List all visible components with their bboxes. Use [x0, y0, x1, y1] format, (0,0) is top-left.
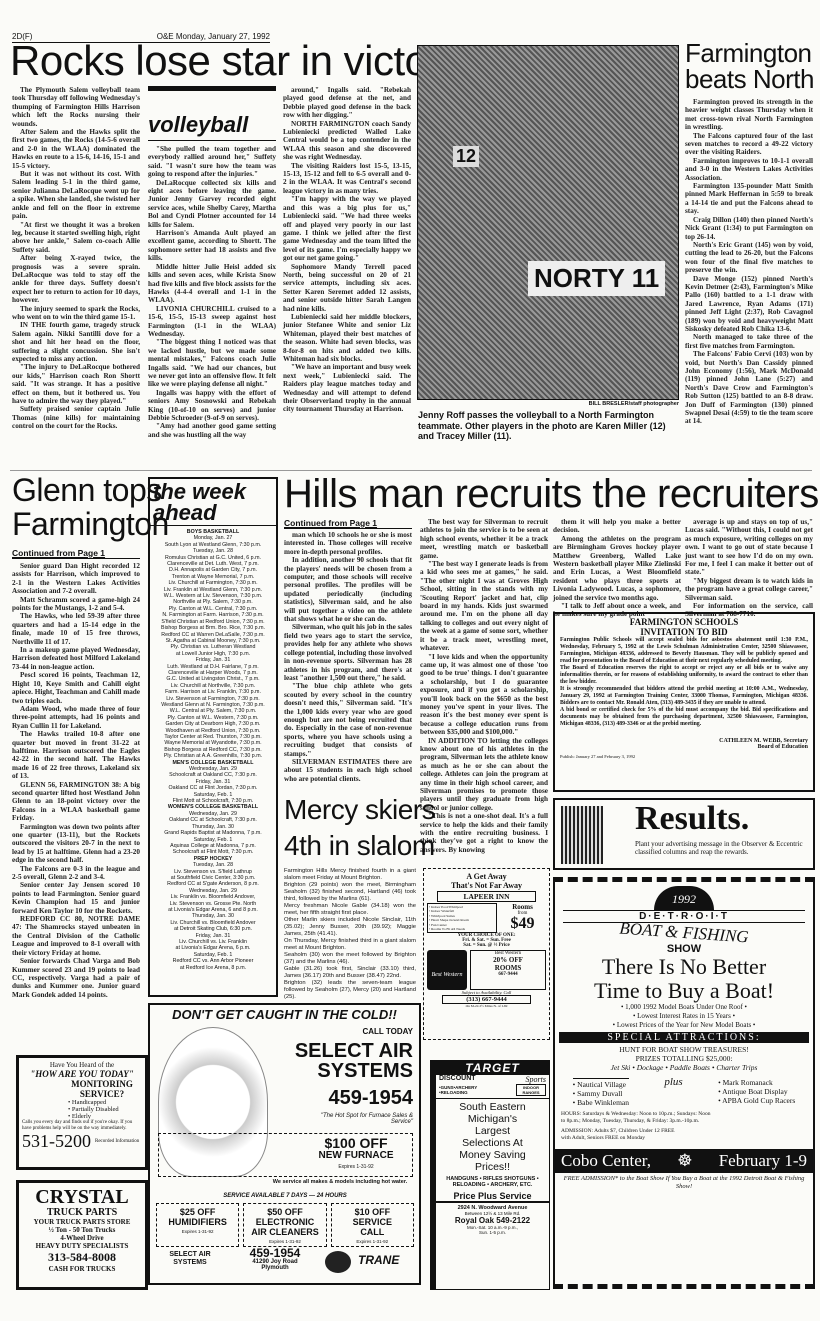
bid-signer-title: Board of Education [560, 744, 808, 750]
paragraph: The Falcons' Fabio Cervi (103) won by vo… [685, 350, 813, 426]
paragraph: North managed to take three of the first… [685, 333, 813, 350]
target-line-6: Prices!! [436, 1161, 549, 1173]
schedule-item: N. Farmington at Farm. Harrison, 7:30 p.… [150, 612, 276, 618]
lapeer-line-1: A Get Away [427, 872, 546, 881]
paragraph: Sophomore Mandy Terrell paced North, bei… [283, 263, 411, 313]
boat-attraction: • APBA Gold Cup Racers [718, 1096, 795, 1105]
schedule-item: Redford CC at Warren DeLaSalle, 7:30 p.m… [150, 632, 276, 638]
target-line-5: Money Saving [436, 1149, 549, 1161]
crystal-line-1: CRYSTAL [19, 1187, 145, 1207]
select-coupon[interactable]: $50 OFFELECTRONICAIR CLEANERSExpires 1-3… [243, 1203, 326, 1247]
crystal-line-2: TRUCK PARTS [19, 1207, 145, 1218]
rocks-column-2: "She pulled the team together and everyb… [148, 145, 276, 439]
lapeer-price: $49 [499, 916, 546, 932]
bw-phone: 667-9444 [471, 972, 545, 977]
coupon-text: ELECTRONIC [244, 1217, 325, 1227]
boat-free-admission: FREE ADMISSION* to the Boat Show If You … [561, 1175, 807, 1191]
paragraph: The injury seemed to spark the Rocks, wh… [12, 305, 140, 322]
lapeer-option-2: Sat. = Sun. @ ½ Price [427, 943, 546, 948]
paragraph: Senior forwards Chad Varga and Bob Kumme… [12, 957, 140, 999]
paragraph: Other Marlin skiers included Nicole Sinc… [284, 917, 416, 938]
paragraph: Craig Dillon (140) then pinned North's N… [685, 216, 813, 241]
select-slogan: "The Hot Spot for Furnace Sales & Servic… [303, 1113, 413, 1125]
farmington-headline-2: beats North [685, 66, 814, 92]
boat-bullet: • Lowest Prices of the Year for New Mode… [555, 1021, 813, 1030]
boat-venue: Cobo Center, [561, 1151, 651, 1171]
glenn-headline-1: Glenn tops [12, 474, 162, 506]
lapeer-features: • Indoor Pool/Whirlpool• Indoor Waterfal… [427, 903, 497, 933]
boat-bullet: • 1,000 1992 Model Boats Under One Roof … [555, 1003, 813, 1012]
select-phone: 459-1954 [328, 1087, 413, 1110]
paragraph: Senior center Jay Jensen scored 10 point… [12, 881, 140, 915]
farmington-story: Farmington proved its strength in the he… [685, 98, 813, 426]
paragraph: average is up and stays on top of us," L… [685, 518, 813, 577]
ship-wheel-icon: ☸ [677, 1151, 692, 1171]
schedule-item: Luth. Westland at D.H. Fairlane, 7 p.m. [150, 664, 276, 670]
paragraph: Seaholm (30) won the meet followed by Br… [284, 952, 416, 966]
paragraph: "At first we thought it was a broken leg… [12, 221, 140, 255]
monitoring-ad: Have You Heard of the "HOW ARE YOU TODAY… [16, 1055, 148, 1170]
boat-attraction: • Nautical Village [573, 1080, 629, 1089]
week-title-1: the week [153, 481, 273, 502]
schedule-item: Ply. Christian at A.A. Greenhills, 7:30 … [150, 753, 276, 759]
paragraph: "The biggest thing I noticed was that we… [148, 338, 276, 388]
boat-plus: plus [664, 1078, 682, 1107]
paragraph: Middle hitter Julie Heisl added six kill… [148, 263, 276, 305]
crystal-phone: 313-584-8008 [19, 1250, 145, 1265]
paragraph: Farmington was down two points after one… [12, 823, 140, 865]
paragraph: Farmington proved its strength in the he… [685, 98, 813, 132]
paragraph: "I love kids and when the opportunity ca… [420, 653, 548, 737]
select-coupon[interactable]: $10 OFFSERVICECALLExpires 1-31-92 [331, 1203, 414, 1247]
select-name-1: SELECT AIR [295, 1041, 413, 1061]
section-divider [10, 470, 812, 471]
target-items: •GUNS•ARCHERY •RELOADING [439, 1085, 494, 1095]
paragraph: "She pulled the team together and everyb… [148, 145, 276, 179]
rocks-column-1: The Plymouth Salem volleyball team took … [12, 86, 140, 431]
coupon-main: $100 OFF [306, 1136, 406, 1150]
paragraph: Brighton (32) leads the seven-team leagu… [284, 980, 416, 1001]
results-title: Results. [635, 800, 749, 838]
paragraph: Farmington Public Schools will accept se… [560, 637, 808, 665]
select-availability: SERVICE AVAILABLE 7 DAYS — 24 HOURS [160, 1193, 410, 1199]
paragraph: The Falcons are 0-3 in the league and 2-… [12, 865, 140, 882]
bw-offer-3: ROOMS [471, 964, 545, 972]
lapeer-directions: On M-24 2½ Miles N. of I-69 [427, 1004, 546, 1008]
target-line-4: Selections At [436, 1137, 549, 1149]
hills-column-4: average is up and stays on top of us," L… [685, 518, 813, 619]
boat-hunt: HUNT FOR BOAT SHOW TREASURES! [555, 1045, 813, 1054]
coupon-text: $25 OFF [157, 1207, 238, 1217]
coupon-main-2: NEW FURNACE [306, 1150, 406, 1161]
hills-column-1: man which 10 schools he or she is most i… [284, 531, 412, 783]
boat-attraction: • Antique Boat Display [718, 1087, 795, 1096]
week-ahead-box: the week ahead BOYS BASKETBALLMonday, Ja… [148, 477, 278, 997]
schedule-item: at Redford Ice Arena, 8 p.m. [150, 965, 276, 971]
boat-special: SPECIAL ATTRACTIONS: [559, 1032, 809, 1043]
target-line-3: Largest [436, 1125, 549, 1137]
schedule-heading: WOMEN'S COLLEGE BASKETBALL [150, 804, 276, 810]
paragraph: In a makeup game played Wednesday, Harri… [12, 646, 140, 671]
week-title-2: ahead [153, 502, 273, 523]
boat-admission: ADMISSION: Adults $7, Children Under 12 … [561, 1128, 681, 1141]
target-phone: 549-2122 [496, 1216, 530, 1225]
bw-offer-2: 20% OFF [471, 956, 545, 964]
volleyball-photo: NORTY 11 12 [417, 45, 679, 400]
hills-column-2: The best way for Silverman to recruit at… [420, 518, 548, 854]
paragraph: "The blue chip athlete who gets scouted … [284, 682, 412, 758]
photo-credit: BILL BRESLER/staff photographer [417, 401, 679, 407]
paragraph: It is strongly recommended that bidders … [560, 686, 808, 707]
target-ranges: INDOOR RANGES [516, 1084, 546, 1096]
coupon-expires: Expires 1-31-92 [306, 1164, 406, 1170]
boat-attraction: • Babe Winkleman [573, 1098, 629, 1107]
photo-caption: Jenny Roff passes the volleyball to a No… [418, 410, 680, 442]
paragraph: The Plymouth Salem volleyball team took … [12, 86, 140, 128]
boat-attraction: • Sammy Duvall [573, 1089, 629, 1098]
target-brand: TARGET [436, 1061, 549, 1075]
paragraph: The Hawks trailed 10-8 after one quarter… [12, 730, 140, 780]
paragraph: Gable (31.26) took first, Sinclair (33.1… [284, 966, 416, 980]
monitor-body: Calls you every day and finds out if you… [22, 1120, 142, 1131]
lapeer-line-2: That's Not Far Away [427, 881, 546, 890]
bid-title-1: FARMINGTON SCHOOLS [560, 617, 808, 627]
paragraph: After Salem and the Hawks split the firs… [12, 128, 140, 170]
schedule-item: Liv. Churchill at Farmington, 7:30 p.m. [150, 580, 276, 586]
paragraph: Adam Wood, who made three of four three-… [12, 705, 140, 730]
coupon-text: CALL [332, 1227, 413, 1237]
select-footer-phone: 459-1954 [240, 1247, 310, 1259]
best-western-logo: Best Western [427, 950, 467, 990]
paragraph: Harrison's Amanda Ault played an excelle… [148, 229, 276, 263]
hills-headline: Hills man recruits the recruiters [284, 474, 819, 514]
kicker-rule [148, 86, 276, 91]
paragraph: After being X-rayed twice, the prognosis… [12, 254, 140, 304]
coupon-text: $10 OFF [332, 1207, 413, 1217]
paragraph: Dave Monge (152) pinned North's Kevin De… [685, 275, 813, 334]
lapeer-feature: • Rooms To Fit All Needs [429, 927, 495, 931]
boat-headline-2: Time to Buy a Boat! [555, 979, 813, 1003]
schedule-item: Grand Rapids Baptist at Madonna, 7 p.m. [150, 830, 276, 836]
monitor-bullet: • Handicapped [68, 1099, 142, 1106]
select-service: We service all makes & models including … [270, 1179, 410, 1185]
boat-year: 1992 [654, 886, 714, 910]
coupon-text: $50 OFF [244, 1207, 325, 1217]
crystal-truck-ad: CRYSTAL TRUCK PARTS YOUR TRUCK PARTS STO… [16, 1180, 148, 1290]
coupon-text: HUMIDIFIERS [157, 1217, 238, 1227]
schedule-item: Oakland CC at Flint Jordan, 7:30 p.m. [150, 785, 276, 791]
glenn-story: Senior guard Dan Hight recorded 12 assis… [12, 562, 140, 999]
target-line-1: South Eastern [436, 1101, 549, 1113]
monitor-line-1: Have You Heard of the [22, 1061, 142, 1069]
target-sports-ad: TARGET DISCOUNTSports •GUNS•ARCHERY •REL… [430, 1060, 550, 1290]
results-text: Plant your advertising message in the Ob… [635, 840, 811, 856]
boat-bullet: • Lowest Interest Rates in 15 Years • [555, 1012, 813, 1021]
paragraph: Mercy freshman Nicole Gable (34.18) won … [284, 903, 416, 917]
paragraph: The Board of Education reserves the righ… [560, 665, 808, 686]
jersey-number: NORTY 11 [528, 261, 665, 296]
paragraph: man which 10 schools he or she is most i… [284, 531, 412, 556]
paragraph: The best way for Silverman to recruit at… [420, 518, 548, 560]
monitor-line-3: MONITORING [22, 1079, 142, 1089]
select-footer-name: SELECT AIR SYSTEMS [160, 1251, 220, 1267]
paragraph: "This is not a one-shot deal. It's a ful… [420, 812, 548, 854]
schedule-item: Bishop Borgess at Brm. Bro. Rice, 7:30 p… [150, 625, 276, 631]
lapeer-name: LAPEER INN [437, 891, 536, 902]
paragraph: REDFORD CC 80, NOTRE DAME 47: The Shamro… [12, 915, 140, 957]
boat-attraction: • Mark Romanack [718, 1078, 795, 1087]
results-ad: Results. Plant your advertising message … [553, 798, 815, 870]
furnace-coupon[interactable]: $100 OFF NEW FURNACE Expires 1-31-92 [158, 1133, 413, 1177]
monitor-line-2: "HOW ARE YOU TODAY" [22, 1069, 142, 1079]
paragraph: SILVERMAN ESTIMATES there are about 15 s… [284, 758, 412, 783]
target-guns: HANDGUNS • RIFLES SHOTGUNS • RELOADING •… [440, 1176, 545, 1188]
target-hours-2: Sun. 1-5 p.m. [436, 1230, 549, 1235]
paragraph: Lubieniecki said her middle blockers, ju… [283, 313, 411, 363]
paragraph: But it was not without its cost. With Sa… [12, 170, 140, 220]
paragraph: DeLaRocque collected six kills and eight… [148, 179, 276, 229]
crystal-line-6: HEAVY DUTY SPECIALISTS [19, 1242, 145, 1250]
paragraph: NORTH FARMINGTON coach Sandy Lubieniecki… [283, 120, 411, 162]
paragraph: Brighton (29 points) won the meet, Birmi… [284, 882, 416, 903]
plant-icon [561, 806, 603, 864]
glenn-headline-2: Farmington [12, 508, 169, 540]
target-discount: DISCOUNT [439, 1075, 476, 1084]
select-top: DON'T GET CAUGHT IN THE COLD!! [150, 1007, 419, 1022]
coupon-expires: Expires 1-31-92 [157, 1227, 238, 1237]
schedule-list: BOYS BASKETBALLMonday, Jan. 27South Lyon… [150, 526, 276, 971]
coupon-expires: Expires 1-31-92 [332, 1237, 413, 1247]
paragraph: Matt Schramm scored a game-high 24 point… [12, 596, 140, 613]
kicker-volleyball: volleyball [148, 112, 276, 141]
paragraph: Farmington improves to 10-1-1 overall an… [685, 157, 813, 182]
select-air-ad: DON'T GET CAUGHT IN THE COLD!! CALL TODA… [148, 1003, 421, 1285]
target-service: Price Plus Service [436, 1191, 549, 1203]
paragraph: "The best way I generate leads is from a… [420, 560, 548, 652]
paragraph: Silverman, who quit his job in the sales… [284, 623, 412, 682]
continued-label: Continued from Page 1 [12, 548, 140, 559]
boat-prize-list: Jet Ski • Dockage • Paddle Boats • Chart… [555, 1063, 813, 1072]
paragraph: The Falcons captured four of the last se… [685, 132, 813, 157]
lapeer-inn-ad: A Get Away That's Not Far Away LAPEER IN… [423, 868, 550, 1040]
monitor-line-4: SERVICE? [22, 1089, 142, 1099]
paragraph: Senior guard Dan Hight recorded 12 assis… [12, 562, 140, 596]
monitor-tag: Recorded Information [95, 1139, 139, 1144]
paragraph: In addition, another 90 schools that fit… [284, 556, 412, 623]
boat-headline-1: There Is No Better [555, 955, 813, 979]
boat-show-ad: 1992 D·E·T·R·O·I·T BOAT & FISHING SHOW T… [553, 877, 815, 1289]
paragraph: "I'm happy with the way we played and th… [283, 195, 411, 262]
paragraph: IN THE fourth game, tragedy struck Salem… [12, 321, 140, 363]
coupon-text: AIR CLEANERS [244, 1227, 325, 1237]
target-line-2: Michigan's [436, 1113, 549, 1125]
bid-notice: FARMINGTON SCHOOLS INVITATION TO BID Far… [553, 612, 815, 792]
bid-title-2: INVITATION TO BID [560, 627, 808, 637]
boat-prizes: PRIZES TOTALLING $25,000: [555, 1054, 813, 1063]
mercy-headline-1: Mercy skiers [284, 796, 435, 824]
paragraph: "The injury to DeLaRocque bothered our k… [12, 363, 140, 405]
paragraph: Pescl scored 16 points, Teachman 12, Hig… [12, 671, 140, 705]
schedule-item: G.C. United at Livingston Christ., 7 p.m… [150, 676, 276, 682]
select-coupons: $25 OFFHUMIDIFIERSExpires 1-31-92$50 OFF… [156, 1203, 414, 1247]
select-name-2: SYSTEMS [295, 1061, 413, 1081]
paragraph: around," Ingalls said. "Rebekah played g… [283, 86, 411, 120]
target-sports: Sports [526, 1075, 546, 1084]
bid-publish: Publish: January 27 and February 3, 1992 [560, 754, 808, 759]
paragraph: North's Eric Grant (145) won by void, cu… [685, 241, 813, 275]
target-city: Royal Oak [455, 1216, 494, 1225]
rocks-headline: Rocks lose star in victory [10, 40, 461, 82]
schedule-item: Wayne Memorial at Wyandotte, 7:30 p.m. [150, 740, 276, 746]
paragraph: "My biggest dream is to watch kids in th… [685, 577, 813, 602]
mercy-headline-2: 4th in slalom [284, 832, 435, 860]
paragraph: LIVONIA CHURCHILL cruised to a 15-6, 15-… [148, 305, 276, 339]
mercy-story: Farmington Hills Mercy finished fourth i… [284, 868, 416, 1001]
lapeer-phone: (313) 667-9444 [442, 995, 531, 1004]
rocks-column-3: around," Ingalls said. "Rebekah played g… [283, 86, 411, 414]
paragraph: The Hawks, who led 59-39 after three qua… [12, 612, 140, 646]
trane-brand: TRANE [358, 1253, 399, 1267]
paragraph: "Amy had another good game setting and s… [148, 422, 276, 439]
schedule-item: Farm. Harrison at Liv. Franklin, 7:30 p.… [150, 689, 276, 695]
paragraph: them it will help you make a better deci… [553, 518, 681, 535]
select-coupon[interactable]: $25 OFFHUMIDIFIERSExpires 1-31-92 [156, 1203, 239, 1247]
paragraph: Farmington 135-pounder Matt Smith pinned… [685, 182, 813, 216]
paragraph: "We have an important and busy week next… [283, 363, 411, 413]
crystal-line-5: 4-Wheel Drive [19, 1234, 145, 1242]
paragraph: IN ADDITION TO letting the colleges know… [420, 737, 548, 813]
monitor-phone: 531-5200 [22, 1131, 91, 1152]
select-call: CALL TODAY [362, 1027, 413, 1036]
paragraph: Ingalls was happy with the effort of sen… [148, 389, 276, 423]
select-city: Plymouth [240, 1265, 310, 1271]
coupon-text: SERVICE [332, 1217, 413, 1227]
paragraph: Farmington Hills Mercy finished fourth i… [284, 868, 416, 882]
schedule-item: Garden City at Dearborn High, 7:30 p.m. [150, 721, 276, 727]
monitor-bullet: • Elderly [68, 1113, 142, 1120]
trane-logo-icon [325, 1251, 351, 1273]
crystal-line-3: YOUR TRUCK PARTS STORE [19, 1218, 145, 1226]
lapeer-rooms: Rooms [499, 903, 546, 911]
paragraph: Suffety praised senior captain Julie Tho… [12, 405, 140, 430]
jersey-number-12: 12 [453, 146, 479, 167]
paragraph: GLENN 56, FARMINGTON 38: A big second qu… [12, 781, 140, 823]
crystal-line-7: CASH FOR TRUCKS [19, 1265, 145, 1273]
boat-dates: February 1-9 [719, 1151, 807, 1171]
crystal-line-4: ½ Ton - 50 Ton Trucks [19, 1226, 145, 1234]
boat-hours: HOURS: Saturdays & Wednesday: Noon to 10… [561, 1111, 711, 1124]
paragraph: A bid bond or certified check for 5% of … [560, 707, 808, 728]
monitor-bullet: • Partially Disabled [68, 1106, 142, 1113]
paragraph: Among the athletes on the program are Bi… [553, 535, 681, 602]
paragraph: On Thursday, Mercy finished third in a g… [284, 938, 416, 952]
schedule-item: Redford CC at S'gate Anderson, 8 p.m. [150, 881, 276, 887]
continued-label-hills: Continued from Page 1 [284, 518, 412, 529]
farmington-headline-1: Farmington [685, 40, 812, 66]
paragraph: The visiting Raiders lost 15-5, 13-15, 1… [283, 162, 411, 196]
hills-column-3: them it will help you make a better deci… [553, 518, 681, 619]
